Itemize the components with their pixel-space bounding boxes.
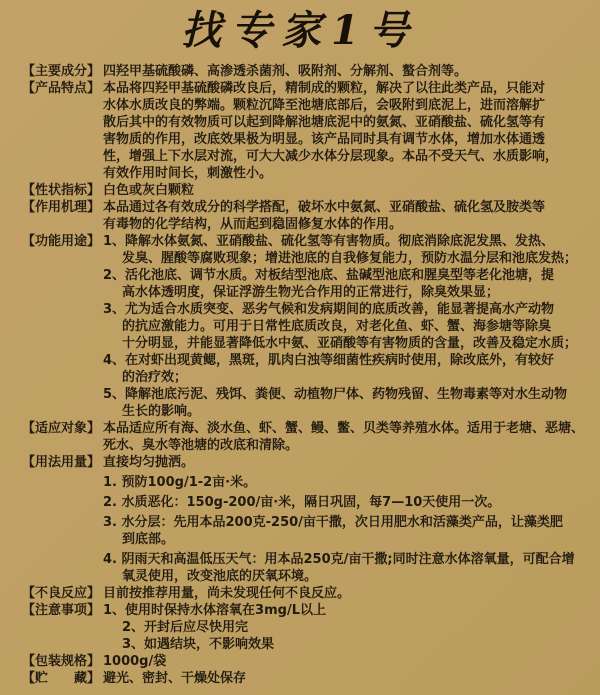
text-line: 直接均匀抛洒。 <box>103 454 594 471</box>
text-line: 2、开封后应尽快用完 <box>103 619 594 636</box>
text-line: 的抗应激能力。可用于日常性底质改良，对老化鱼、虾、蟹、海参塘等除臭 <box>103 318 594 335</box>
section-properties: 【性状指标】 白色或灰白颗粒 <box>22 182 594 199</box>
text-line: 有毒物的化学结构，从而起到稳固修复水体的作用。 <box>103 216 594 233</box>
text-line: 1、降解水体氨氮、亚硝酸盐、硫化氢等有害物质。彻底消除底泥发黑、发热、 <box>103 233 594 250</box>
section-applicable-targets: 【适应对象】 本品适应所有海、淡水鱼、虾、蟹、鳗、鳖、贝类等养殖水体。适用于老塘… <box>22 420 594 454</box>
section-label: 【不良反应】 <box>22 585 103 602</box>
text-line: 1、使用时保持水体溶氧在3mg/L以上 <box>103 602 594 619</box>
section-label: 【产品特点】 <box>22 80 103 97</box>
text-line: 白色或灰白颗粒 <box>103 182 594 199</box>
text-line: 本品适应所有海、淡水鱼、虾、蟹、鳗、鳖、贝类等养殖水体。适用于老塘、恶塘、 <box>103 420 594 437</box>
text-line: 2、活化池底、调节水质。对板结型池底、盐碱型池底和腥臭型等老化池塘，提 <box>103 267 594 284</box>
section-adverse-reactions: 【不良反应】 目前按推荐用量，尚未发现任何不良反应。 <box>22 585 594 602</box>
section-product-features: 【产品特点】 本品将四羟甲基硫酸磷改良后，精制成的颗粒，解决了以往此类产品，只能… <box>22 80 594 182</box>
text-line: 3、如遇结块，不影响效果 <box>103 636 594 653</box>
page-title: 找专家1号 <box>0 0 600 61</box>
section-label: 【功能用途】 <box>22 233 103 250</box>
section-label: 【主要成分】 <box>22 63 103 80</box>
section-label: 【用法用量】 <box>22 454 103 471</box>
text-line: 害物质的作用，改底效果极为明显。该产品同时具有调节水体，增加水体通透 <box>103 131 594 148</box>
section-usage-dosage: 【用法用量】 直接均匀抛洒。 1. 预防100g/1-2亩·米。 2. 水质恶化… <box>22 454 594 585</box>
text-line: 到底部。 <box>103 531 594 548</box>
text-line: 的治疗效； <box>103 369 594 386</box>
section-storage: 【贮 藏】 避光、密封、干燥处保存 <box>22 670 594 687</box>
text-line: 生长的影响。 <box>103 403 594 420</box>
section-label: 【贮 藏】 <box>22 670 103 687</box>
section-label: 【性状指标】 <box>22 182 103 199</box>
text-line: 避光、密封、干燥处保存 <box>103 670 594 687</box>
section-label: 【适应对象】 <box>22 420 103 437</box>
text-line: 发臭、腥酸等腐败现象；增进池底的自我修复能力，预防水温分层和池底发热； <box>103 250 594 267</box>
text-line: 2. 水质恶化：150g-200/亩·米，隔日巩固，每7—10天使用一次。 <box>103 494 594 511</box>
text-line: 十分明显，并能显著降低水中氨、亚硝酸等有害物质的含量，改善及稳定水质； <box>103 335 594 352</box>
text-line: 目前按推荐用量，尚未发现任何不良反应。 <box>103 585 594 602</box>
text-line: 本品将四羟甲基硫酸磷改良后，精制成的颗粒，解决了以往此类产品，只能对 <box>103 80 594 97</box>
text-line: 3. 水分层：先用本品200克-250/亩干撒，次日用肥水和活藻类产品，让藻类肥 <box>103 514 594 531</box>
text-line: 四羟甲基硫酸磷、高渗透杀菌剂、吸附剂、分解剂、螯合剂等。 <box>103 63 594 80</box>
section-mechanism: 【作用机理】 本品通过各有效成分的科学搭配，破坏水中氨氮、亚硝酸盐、硫化氢及胺类… <box>22 199 594 233</box>
section-label: 【作用机理】 <box>22 199 103 216</box>
section-label: 【注意事项】 <box>22 602 103 619</box>
section-precautions: 【注意事项】 1、使用时保持水体溶氧在3mg/L以上 2、开封后应尽快用完 3、… <box>22 602 594 653</box>
product-label-page: 找专家1号 【主要成分】 四羟甲基硫酸磷、高渗透杀菌剂、吸附剂、分解剂、螯合剂等… <box>0 0 600 695</box>
text-line: 死水、臭水等池塘的改底和清除。 <box>103 437 594 454</box>
text-line: 本品通过各有效成分的科学搭配，破坏水中氨氮、亚硝酸盐、硫化氢及胺类等 <box>103 199 594 216</box>
text-line: 4、在对虾出现黄鳃，黑斑，肌肉白浊等细菌性疾病时使用，除改底外，有较好 <box>103 352 594 369</box>
section-functions: 【功能用途】 1、降解水体氨氮、亚硝酸盐、硫化氢等有害物质。彻底消除底泥发黑、发… <box>22 233 594 420</box>
text-line: 性，增强上下水层对流，可大大减少水体分层现象。本品不受天气、水质影响， <box>103 148 594 165</box>
text-line: 高水体透明度，保证浮游生物光合作用的正常进行，除臭效果显； <box>103 284 594 301</box>
text-line: 散后其中的有效物质可以起到降解池塘底泥中的氨氮、亚硝酸盐、硫化氢等有 <box>103 114 594 131</box>
text-line: 有效作用时间长，刺激性小。 <box>103 165 594 182</box>
text-line: 4. 阴雨天和高温低压天气：用本品250克/亩干撒;同时注意水体溶氧量，可配合增 <box>103 551 594 568</box>
section-packaging-spec: 【包装规格】 1000g/袋 <box>22 653 594 670</box>
text-line: 1000g/袋 <box>103 653 594 670</box>
text-line: 1. 预防100g/1-2亩·米。 <box>103 474 594 491</box>
section-label: 【包装规格】 <box>22 653 103 670</box>
label-content: 【主要成分】 四羟甲基硫酸磷、高渗透杀菌剂、吸附剂、分解剂、螯合剂等。 【产品特… <box>0 61 600 687</box>
section-main-ingredients: 【主要成分】 四羟甲基硫酸磷、高渗透杀菌剂、吸附剂、分解剂、螯合剂等。 <box>22 63 594 80</box>
text-line: 3、尤为适合水质突变、恶劣气候和发病期间的底质改善，能显著提高水产动物 <box>103 301 594 318</box>
text-line: 5、降解池底污泥、残饵、粪便、动植物尸体、药物残留、生物毒素等对水生动物 <box>103 386 594 403</box>
text-line: 氧灵使用，改变池底的厌氧环境。 <box>103 568 594 585</box>
text-line: 水体水质改良的弊端。颗粒沉降至池塘底部后，会吸附到底泥上，进而溶解扩 <box>103 97 594 114</box>
